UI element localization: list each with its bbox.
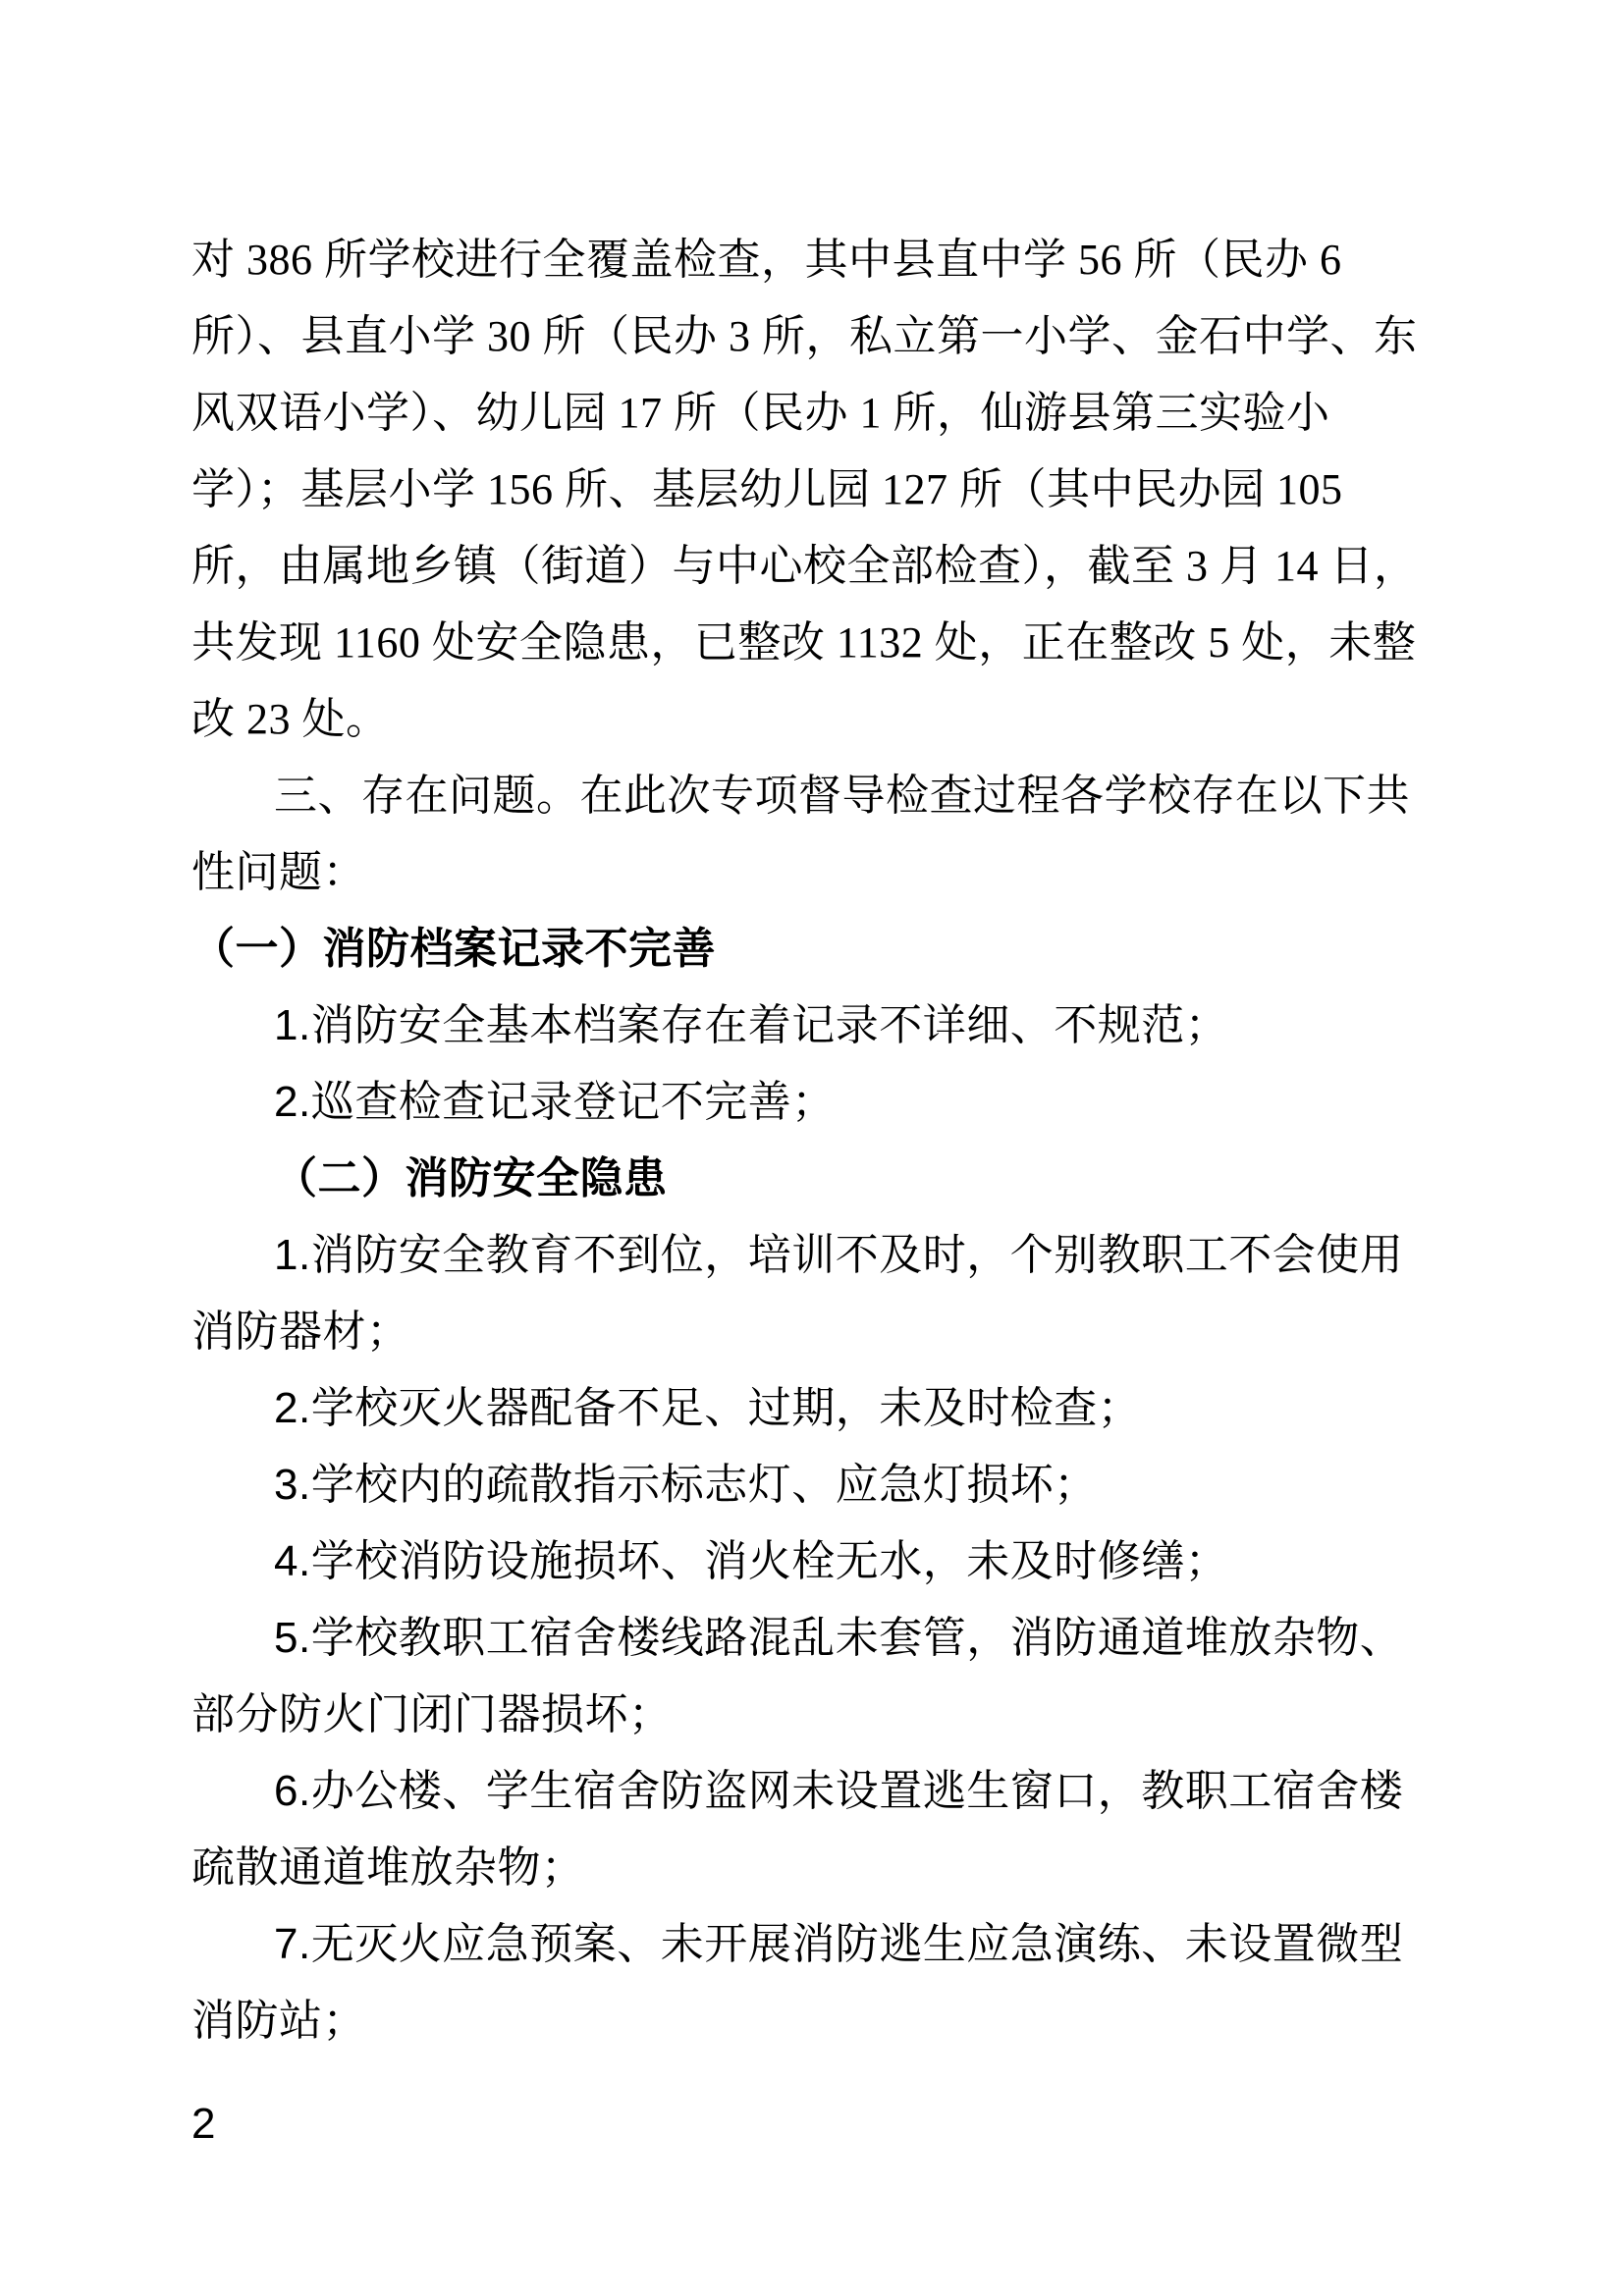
text-line: 性问题： xyxy=(191,834,1438,911)
text-line: 3.学校内的疏散指示标志灯、应急灯损坏； xyxy=(191,1447,1438,1523)
document-body: 对 386 所学校进行全覆盖检查，其中县直中学 56 所（民办 6所）、县直小学… xyxy=(191,222,1438,2059)
text-line: 三、存在问题。在此次专项督导检查过程各学校存在以下共 xyxy=(191,758,1438,834)
text-line: 风双语小学）、幼儿园 17 所（民办 1 所，仙游县第三实验小 xyxy=(191,375,1438,452)
text-line: 2.学校灭火器配备不足、过期，未及时检查； xyxy=(191,1370,1438,1447)
text-line: 6.办公楼、学生宿舍防盗网未设置逃生窗口，教职工宿舍楼 xyxy=(191,1753,1438,1830)
text-line: 消防站； xyxy=(191,1983,1438,2059)
text-line: 部分防火门闭门器损坏； xyxy=(191,1677,1438,1753)
section-heading: （二）消防安全隐患 xyxy=(191,1141,1438,1217)
text-line: 对 386 所学校进行全覆盖检查，其中县直中学 56 所（民办 6 xyxy=(191,222,1438,298)
page-number: 2 xyxy=(191,2095,215,2154)
document-page: 对 386 所学校进行全覆盖检查，其中县直中学 56 所（民办 6所）、县直小学… xyxy=(0,0,1624,2296)
text-line: 所）、县直小学 30 所（民办 3 所，私立第一小学、金石中学、东 xyxy=(191,298,1438,375)
text-line: 7.无灭火应急预案、未开展消防逃生应急演练、未设置微型 xyxy=(191,1906,1438,1983)
text-line: 共发现 1160 处安全隐患，已整改 1132 处，正在整改 5 处，未整 xyxy=(191,605,1438,681)
text-line: 消防器材； xyxy=(191,1294,1438,1370)
text-line: 1.消防安全基本档案存在着记录不详细、不规范； xyxy=(191,988,1438,1064)
text-line: 学）；基层小学 156 所、基层幼儿园 127 所（其中民办园 105 xyxy=(191,452,1438,528)
text-line: 改 23 处。 xyxy=(191,681,1438,758)
section-heading: （一）消防档案记录不完善 xyxy=(191,911,1438,988)
text-line: 疏散通道堆放杂物； xyxy=(191,1830,1438,1906)
text-line: 所，由属地乡镇（街道）与中心校全部检查），截至 3 月 14 日， xyxy=(191,528,1438,605)
text-line: 2.巡查检查记录登记不完善； xyxy=(191,1064,1438,1141)
text-line: 4.学校消防设施损坏、消火栓无水，未及时修缮； xyxy=(191,1523,1438,1600)
text-line: 1.消防安全教育不到位，培训不及时，个别教职工不会使用 xyxy=(191,1217,1438,1294)
text-line: 5.学校教职工宿舍楼线路混乱未套管，消防通道堆放杂物、 xyxy=(191,1600,1438,1677)
